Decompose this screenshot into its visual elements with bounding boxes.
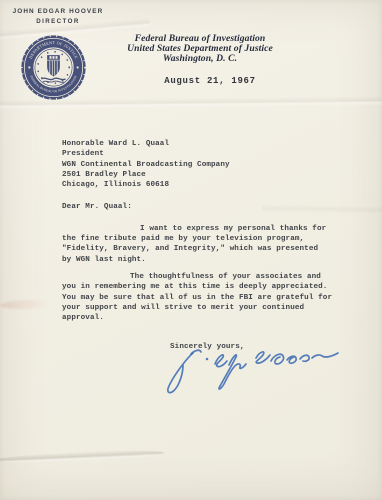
sender-name: JOHN EDGAR HOOVER: [10, 8, 106, 15]
sender-block: JOHN EDGAR HOOVER DIRECTOR: [10, 8, 106, 25]
letter-page: JOHN EDGAR HOOVER DIRECTOR DEPARTMENT OF…: [0, 0, 382, 500]
letterhead-block: Federal Bureau of Investigation United S…: [95, 34, 305, 65]
paper-smudge: [0, 299, 52, 310]
signature-autograph: [155, 345, 351, 401]
salutation: Dear Mr. Quaal:: [62, 202, 262, 212]
body-paragraph-1: I want to express my personal thanks for…: [62, 224, 354, 265]
paper-crease: [262, 204, 382, 214]
letterhead-line-3: Washington, D. C.: [95, 54, 305, 64]
sender-title: DIRECTOR: [10, 18, 106, 25]
paper-crease: [0, 448, 164, 464]
fbi-seal-icon: DEPARTMENT OF JUSTICE FEDERAL BUREAU OF …: [20, 34, 87, 101]
date-line: August 21, 1967: [110, 76, 310, 86]
body-paragraph-2: The thoughtfulness of your associates an…: [62, 272, 354, 324]
recipient-address-block: Honorable Ward L. Quaal President WGN Co…: [62, 139, 322, 191]
